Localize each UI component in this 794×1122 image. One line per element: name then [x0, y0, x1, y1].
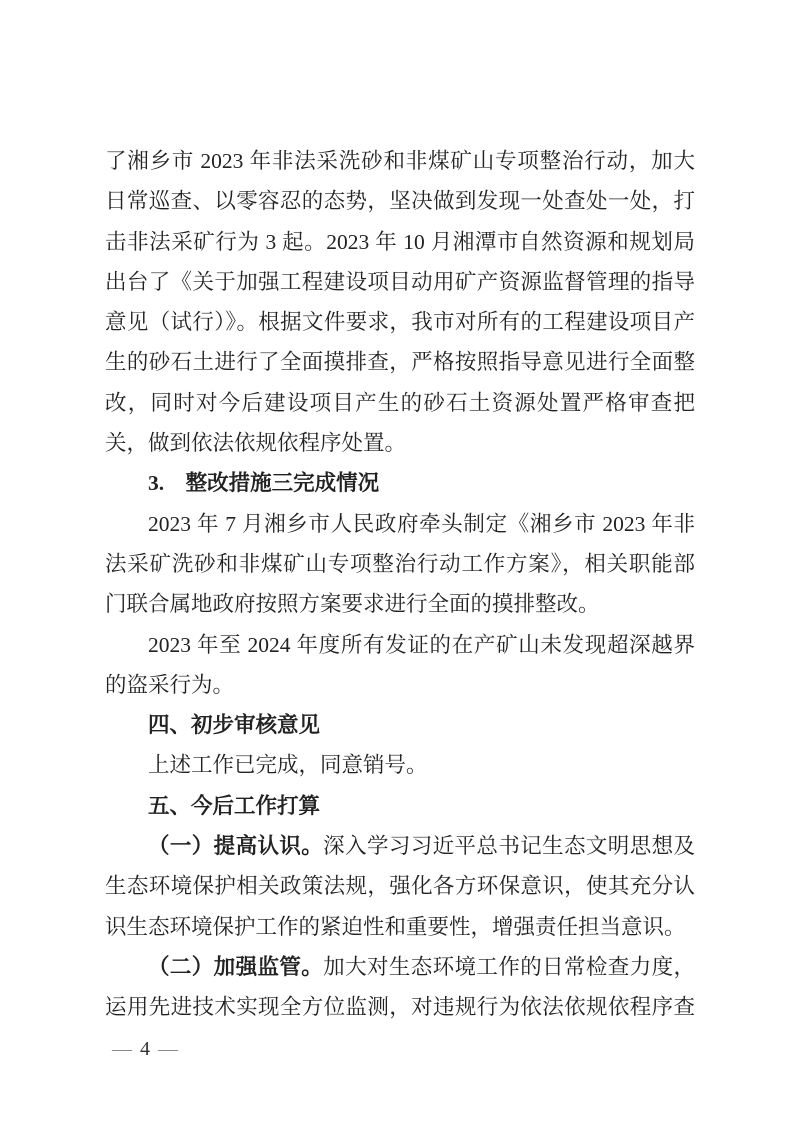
page-number: 4	[140, 1038, 151, 1060]
body-paragraph: 上述工作已完成，同意销号。	[105, 745, 695, 785]
page-footer: —4—	[105, 1036, 186, 1062]
section-heading-future-plan: 五、今后工作打算	[105, 786, 695, 826]
section-heading-review-opinion: 四、初步审核意见	[105, 705, 695, 745]
footer-dash-left: —	[112, 1038, 133, 1060]
document-page: 了湘乡市 2023 年非法采洗砂和非煤矿山专项整治行动，加大日常巡查、以零容忍的…	[0, 0, 794, 1122]
body-paragraph-item-2: （二）加强监管。加大对生态环境工作的日常检查力度，运用先进技术实现全方位监测，对…	[105, 947, 695, 1028]
body-paragraph: 2023 年 7 月湘乡市人民政府牵头制定《湘乡市 2023 年非法采矿洗砂和非…	[105, 504, 695, 625]
body-paragraph-item-1: （一）提高认识。深入学习习近平总书记生态文明思想及生态环境保护相关政策法规，强化…	[105, 826, 695, 947]
body-paragraph: 2023 年至 2024 年度所有发证的在产矿山未发现超深越界的盗采行为。	[105, 625, 695, 706]
paragraph-lead-bold: （一）提高认识。	[148, 834, 323, 858]
section-heading-measure-3: 3. 整改措施三完成情况	[105, 463, 695, 503]
page-body: 了湘乡市 2023 年非法采洗砂和非煤矿山专项整治行动，加大日常巡查、以零容忍的…	[105, 141, 695, 1028]
body-paragraph-continuation: 了湘乡市 2023 年非法采洗砂和非煤矿山专项整治行动，加大日常巡查、以零容忍的…	[105, 141, 695, 463]
footer-dash-right: —	[158, 1038, 179, 1060]
paragraph-lead-bold: （二）加强监管。	[148, 955, 323, 979]
